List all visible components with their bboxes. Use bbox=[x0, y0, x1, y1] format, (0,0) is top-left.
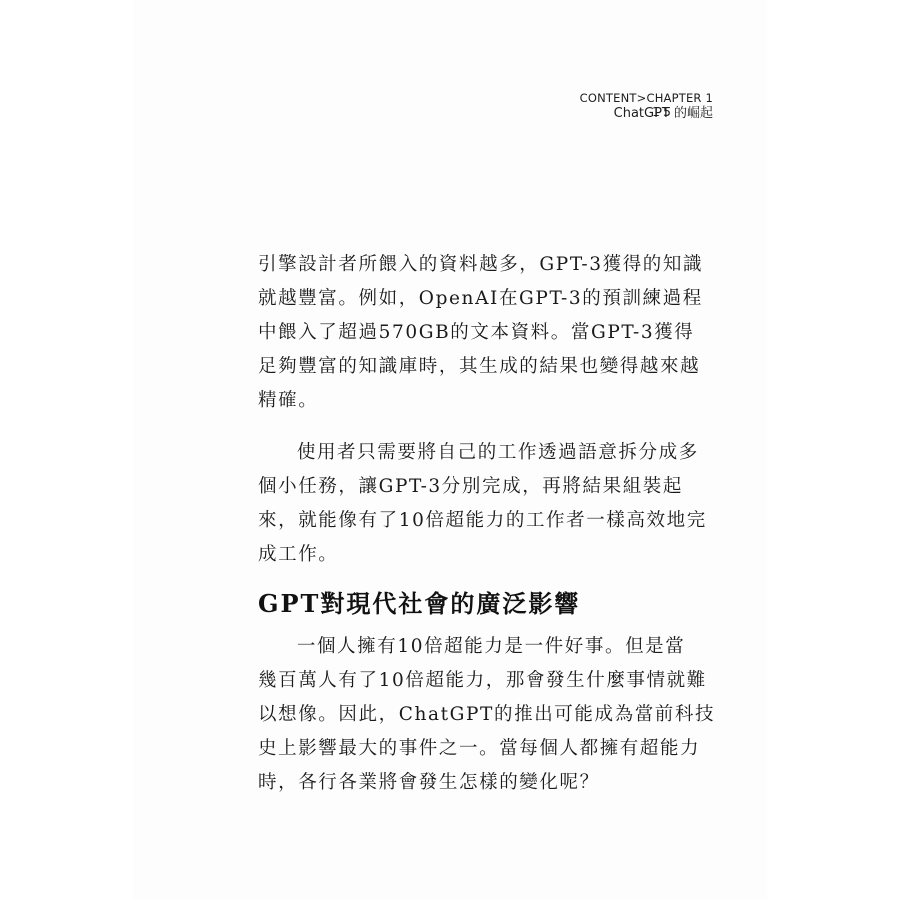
running-head-chapter-title: ChatGPT 的崛起 bbox=[580, 106, 713, 122]
text-line: 使用者只需要將自己的工作透過語意拆分成多 bbox=[258, 436, 672, 470]
text-line: 引擎設計者所餵入的資料越多，GPT-3獲得的知識 bbox=[258, 248, 672, 282]
text-line: 一個人擁有10倍超能力是一件好事。但是當 bbox=[258, 630, 672, 664]
text-line: 精確。 bbox=[258, 384, 672, 418]
page-number: 15 bbox=[652, 104, 674, 119]
text-line: 時，各行各業將會發生怎樣的變化呢？ bbox=[258, 766, 672, 800]
body-text-lower: 一個人擁有10倍超能力是一件好事。但是當 幾百萬人有了10倍超能力，那會發生什麼… bbox=[258, 630, 672, 818]
text-line: 中餵入了超過570GB的文本資料。當GPT-3獲得 bbox=[258, 316, 672, 350]
text-line: 就越豐富。例如，OpenAI在GPT-3的預訓練過程 bbox=[258, 282, 672, 316]
body-text-upper: 引擎設計者所餵入的資料越多，GPT-3獲得的知識 就越豐富。例如，OpenAI在… bbox=[258, 248, 672, 590]
text-line: 幾百萬人有了10倍超能力，那會發生什麼事情就難 bbox=[258, 664, 672, 698]
running-head-section: CONTENT>CHAPTER 1 bbox=[580, 90, 713, 106]
paragraph-3: 一個人擁有10倍超能力是一件好事。但是當 幾百萬人有了10倍超能力，那會發生什麼… bbox=[258, 630, 672, 800]
text-line: 成工作。 bbox=[258, 538, 672, 572]
text-line: 足夠豐富的知識庫時，其生成的結果也變得越來越 bbox=[258, 350, 672, 384]
text-line: 史上影響最大的事件之一。當每個人都擁有超能力 bbox=[258, 732, 672, 766]
paragraph-1: 引擎設計者所餵入的資料越多，GPT-3獲得的知識 就越豐富。例如，OpenAI在… bbox=[258, 248, 672, 418]
paragraph-2: 使用者只需要將自己的工作透過語意拆分成多 個小任務，讓GPT-3分別完成，再將結… bbox=[258, 436, 672, 572]
text-line: 以想像。因此，ChatGPT的推出可能成為當前科技 bbox=[258, 698, 672, 732]
text-line: 個小任務，讓GPT-3分別完成，再將結果組裝起 bbox=[258, 470, 672, 504]
section-heading: GPT對現代社會的廣泛影響 bbox=[258, 584, 580, 619]
text-line: 來，就能像有了10倍超能力的工作者一樣高效地完 bbox=[258, 504, 672, 538]
